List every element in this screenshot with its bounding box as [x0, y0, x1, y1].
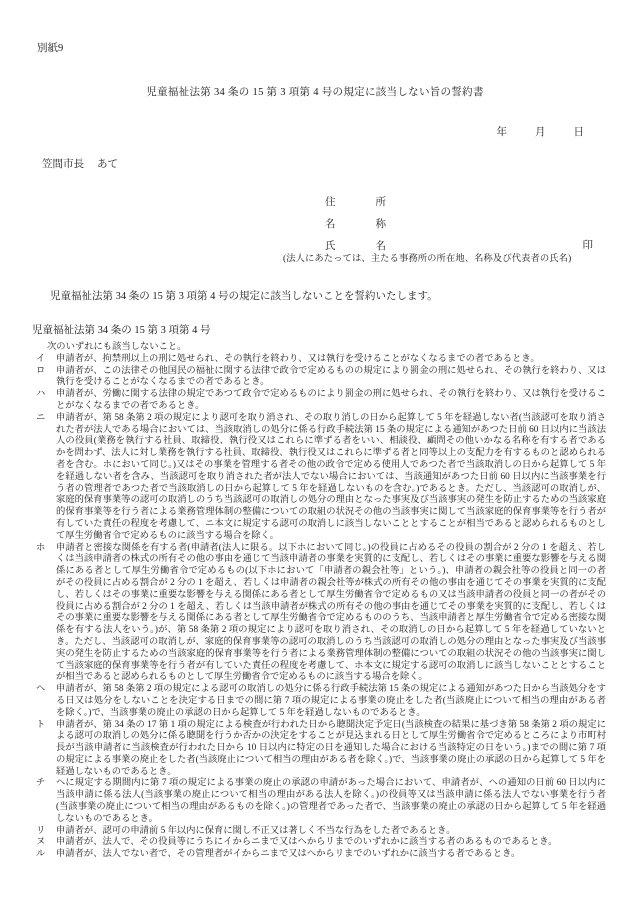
- signature-address-row: 住 所: [325, 190, 593, 212]
- law-item-he: ヘ 申請者が、第 58 条第 2 項の規定による認可の取消しの処分に係る行政手続…: [30, 684, 606, 719]
- document-title: 児童福祉法第 34 条の 15 第 3 項第 4 号の規定に該当しない旨の誓約書: [0, 84, 630, 99]
- attachment-label: 別紙9: [37, 40, 63, 55]
- law-item-label: ル: [30, 849, 56, 861]
- name-label-right: 称: [376, 216, 387, 231]
- month-label: 月: [535, 124, 546, 139]
- law-item-text: 申請者が、法人で、その役員等にうちにイからニまで又はヘからリまでのいずれかに該当…: [56, 837, 606, 849]
- law-item-label: ヘ: [30, 684, 56, 719]
- law-item-label: ニ: [30, 413, 56, 543]
- law-intro: 次のいずれにも該当しないこと。: [30, 342, 606, 354]
- law-item-label: イ: [30, 354, 56, 366]
- law-item-text: 申請者が、拘禁刑以上の刑に処せられ、その執行を終わり、又は執行を受けることがなく…: [56, 354, 606, 366]
- law-item-text: 申請者が、第 34 条の 17 第 1 項の規定による検査が行われた日から聴聞決…: [56, 720, 606, 779]
- date-gap: [507, 124, 535, 139]
- law-heading: 児童福祉法第 34 条の 15 第 3 項第 4 号: [32, 322, 606, 337]
- seal-mark: 印: [583, 237, 594, 252]
- law-item-text: 申請者が、法人でない者で、その管理者がイからニまで又はヘからリまでのいずれかに該…: [56, 849, 606, 861]
- signature-block: 住 所 名 称 氏 名 印: [325, 190, 593, 256]
- law-item-ru: ル 申請者が、法人でない者で、その管理者がイからニまで又はヘからリまでのいずれか…: [30, 849, 606, 861]
- corporate-note: (法人にあたっては、主たる事務所の所在地、名称及び代表者の氏名): [283, 250, 571, 264]
- addressee-suffix: あて: [97, 159, 118, 170]
- address-label-left: 住: [325, 194, 336, 209]
- law-section: 児童福祉法第 34 条の 15 第 3 項第 4 号 次のいずれにも該当しないこ…: [30, 322, 606, 861]
- day-label: 日: [574, 124, 585, 139]
- law-item-ri: リ 申請者が、認可の申請前 5 年以内に保育に関し不正又は著しく不当な行為をした…: [30, 826, 606, 838]
- law-item-text: 申請者と密接な関係を有する者(申請者(法人に限る。以下ホにおいて同じ。)の役員に…: [56, 543, 606, 685]
- law-item-text: 申請者が、第 58 条第 2 項の規定により認可を取り消され、その取り消しの日か…: [56, 413, 606, 543]
- law-item-label: リ: [30, 826, 56, 838]
- law-item-label: ホ: [30, 543, 56, 685]
- law-item-label: ト: [30, 720, 56, 779]
- law-item-label: チ: [30, 778, 56, 825]
- law-item-ro: ロ 申請者が、この法律その他国民の福祉に関する法律で政令で定めるものの規定により…: [30, 366, 606, 390]
- law-item-label: ロ: [30, 366, 56, 390]
- law-item-text: 申請者が、第 58 条第 2 項の規定による認可の取消しの処分に係る行政手続法第…: [56, 684, 606, 719]
- year-label: 年: [497, 124, 508, 139]
- law-item-to: ト 申請者が、第 34 条の 17 第 1 項の規定による検査が行われた日から聴…: [30, 720, 606, 779]
- date-gap: [546, 124, 574, 139]
- law-item-text: 申請者が、労働に関する法律の規定であつて政令で定めるものにより罰金の刑に処せられ…: [56, 389, 606, 413]
- law-item-label: ハ: [30, 389, 56, 413]
- document-page: 別紙9 児童福祉法第 34 条の 15 第 3 項第 4 号の規定に該当しない旨…: [0, 0, 630, 903]
- name-label-left: 名: [325, 216, 336, 231]
- addressee-name: 笠間市長: [42, 159, 84, 170]
- oath-sentence: 児童福祉法第 34 条の 15 第 3 項第 4 号の規定に該当しないことを誓約…: [30, 288, 590, 303]
- date-line: 年 月 日: [497, 124, 585, 139]
- law-item-ho: ホ 申請者と密接な関係を有する者(申請者(法人に限る。以下ホにおいて同じ。)の役…: [30, 543, 606, 685]
- law-item-nu: ヌ 申請者が、法人で、その役員等にうちにイからニまで又はヘからリまでのいずれかに…: [30, 837, 606, 849]
- law-item-text: 申請者が、この法律その他国民の福祉に関する法律で政令で定めるものの規定により罰金…: [56, 366, 606, 390]
- address-label-right: 所: [376, 194, 387, 209]
- law-item-text: 申請者が、認可の申請前 5 年以内に保育に関し不正又は著しく不当な行為をした者で…: [56, 826, 606, 838]
- law-item-chi: チ ヘに規定する期間内に第 7 項の規定による事業の廃止の承認の申請があった場合…: [30, 778, 606, 825]
- addressee: 笠間市長あて: [42, 156, 118, 171]
- law-item-ha: ハ 申請者が、労働に関する法律の規定であつて政令で定めるものにより罰金の刑に処せ…: [30, 389, 606, 413]
- law-item-i: イ 申請者が、拘禁刑以上の刑に処せられ、その執行を終わり、又は執行を受けることが…: [30, 354, 606, 366]
- law-item-text: ヘに規定する期間内に第 7 項の規定による事業の廃止の承認の申請があった場合にお…: [56, 778, 606, 825]
- law-item-label: ヌ: [30, 837, 56, 849]
- signature-name-row: 名 称: [325, 212, 593, 234]
- law-item-ni: ニ 申請者が、第 58 条第 2 項の規定により認可を取り消され、その取り消しの…: [30, 413, 606, 543]
